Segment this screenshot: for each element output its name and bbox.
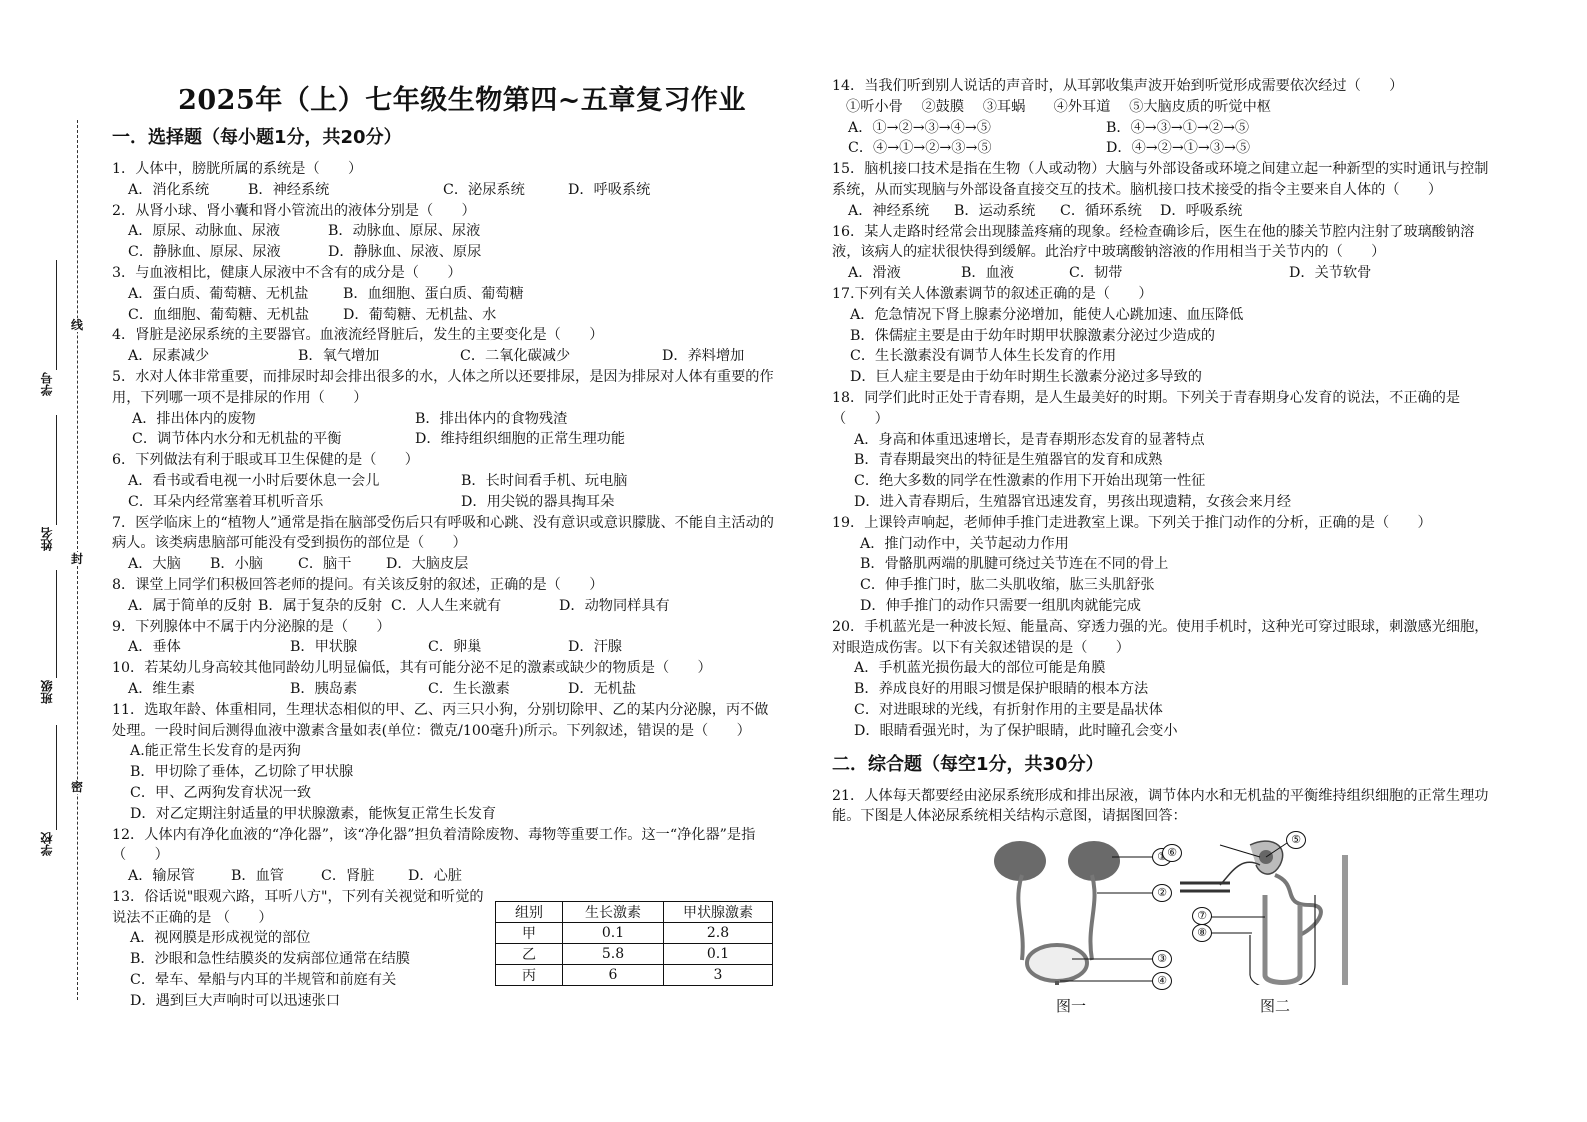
option[interactable]: B．神经系统	[248, 180, 443, 201]
table-header-row: 组别 生长激素 甲状腺激素	[496, 901, 773, 922]
option[interactable]: A．尿素减少	[128, 346, 298, 367]
option[interactable]: C．泌尿系统	[443, 180, 568, 201]
option[interactable]: D．养料增加	[662, 346, 744, 367]
option[interactable]: B．侏儒症主要是由于幼年时期甲状腺激素分泌过少造成的	[832, 326, 1500, 347]
question-9: 9．下列腺体中不属于内分泌腺的是（ ）	[112, 617, 782, 638]
option[interactable]: C．韧带	[1069, 263, 1289, 284]
option[interactable]: D．汗腺	[568, 637, 622, 658]
option[interactable]: D．眼睛看强光时，为了保护眼睛，此时瞳孔会变小	[832, 721, 1500, 742]
option[interactable]: A．滑液	[848, 263, 961, 284]
option[interactable]: A．①→②→③→④→⑤	[848, 118, 1106, 139]
question-14-options-row2: C．④→①→②→③→⑤ D．④→②→①→③→⑤	[832, 138, 1500, 159]
option[interactable]: C．生长激素没有调节人体生长发育的作用	[832, 346, 1500, 367]
class-label: 班级	[38, 680, 55, 704]
cut-mark-mi: 密	[70, 780, 84, 794]
table-header: 甲状腺激素	[664, 901, 773, 922]
question-3: 3．与血液相比，健康人尿液中不含有的成分是（ ）	[112, 263, 782, 284]
section2-heading: 二．综合题（每空1分，共30分）	[832, 750, 1500, 776]
option[interactable]: D．遇到巨大声响时可以迅速张口	[112, 991, 782, 1012]
table-cell: 丙	[496, 964, 563, 985]
page-title: 2025年（上）七年级生物第四~五章复习作业	[112, 78, 782, 117]
question-13: 13．俗话说"眼观六路，耳听八方"，下列有关视觉和听觉的说法不正确的是 （ ）	[112, 887, 487, 929]
urinary-system-diagram	[982, 835, 1162, 985]
option[interactable]: B．运动系统	[954, 201, 1060, 222]
right-column: 14．当我们听到别人说话的声音时，从耳郭收集声波开始到听觉形成需要依次经过（ ）…	[832, 76, 1500, 1025]
question-19: 19．上课铃声响起，老师伸手推门走进教室上课。下列关于推门动作的分析，正确的是（…	[832, 513, 1500, 534]
option[interactable]: A．维生素	[128, 679, 290, 700]
question-8: 8．课堂上同学们积极回答老师的提问。有关该反射的叙述，正确的是（ ）	[112, 575, 782, 596]
question-7-options: A．大脑 B．小脑 C．脑干 D．大脑皮层	[112, 554, 782, 575]
option[interactable]: D．静脉血、尿液、原尿	[328, 242, 481, 263]
cut-mark-xian: 线	[70, 318, 84, 332]
option[interactable]: D．巨人症主要是由于幼年时期生长激素分泌过多导致的	[832, 367, 1500, 388]
figure2-caption: 图二	[1260, 995, 1290, 1016]
question-2-options-row2: C．静脉血、原尿、尿液 D．静脉血、尿液、原尿	[112, 242, 782, 263]
option[interactable]: D．④→②→①→③→⑤	[1106, 138, 1250, 159]
option[interactable]: B．甲状腺	[290, 637, 428, 658]
label-4: ④	[1152, 972, 1172, 990]
option[interactable]: A．危急情况下肾上腺素分泌增加，能使人心跳加速、血压降低	[832, 305, 1500, 326]
option[interactable]: C．循环系统	[1060, 201, 1160, 222]
section1-heading: 一．选择题（每小题1分，共20分）	[112, 123, 782, 149]
option[interactable]: A．属于简单的反射	[128, 596, 258, 617]
binding-margin: 线 封 密 学号 姓名 班级 学校	[0, 0, 110, 1122]
option[interactable]: A.能正常生长发育的是丙狗	[112, 741, 782, 762]
label-3: ③	[1152, 950, 1172, 968]
option[interactable]: D．大脑皮层	[386, 554, 468, 575]
question-4-options: A．尿素减少 B．氧气增加 C．二氧化碳减少 D．养料增加	[112, 346, 782, 367]
option[interactable]: A．推门动作中，关节起动力作用	[832, 534, 1500, 555]
question-12-options: A．输尿管 B．血管 C．肾脏 D．心脏	[112, 866, 782, 887]
question-1: 1．人体中，膀胱所属的系统是（ ）	[112, 159, 782, 180]
option[interactable]: A．神经系统	[848, 201, 954, 222]
option[interactable]: A．排出体内的废物	[132, 409, 415, 430]
question-7: 7．医学临床上的“植物人”通常是指在脑部受伤后只有呼吸和心跳、没有意识或意识朦胧…	[112, 513, 782, 555]
option[interactable]: D．呼吸系统	[1160, 201, 1242, 222]
option[interactable]: D．用尖锐的器具掏耳朵	[461, 492, 614, 513]
question-5: 5．水对人体非常重要，而排尿时却会排出很多的水，人体之所以还要排尿，是因为排尿对…	[112, 367, 782, 409]
label-6: ⑥	[1162, 844, 1182, 862]
school-line[interactable]	[56, 725, 57, 830]
school-label: 学校	[38, 832, 55, 856]
option[interactable]: B．属于复杂的反射	[258, 596, 391, 617]
option[interactable]: A．消化系统	[128, 180, 248, 201]
option[interactable]: C．脑干	[298, 554, 386, 575]
option[interactable]: C．人人生来就有	[391, 596, 559, 617]
table-header: 组别	[496, 901, 563, 922]
left-column: 2025年（上）七年级生物第四~五章复习作业 一．选择题（每小题1分，共20分）…	[112, 78, 782, 1012]
label-5: ⑤	[1286, 831, 1306, 849]
hormone-table: 组别 生长激素 甲状腺激素 甲 0.1 2.8 乙 5.8 0.1 丙 6	[495, 901, 773, 986]
question-18: 18．同学们此时正处于青春期，是人生最美好的时期。下列关于青春期身心发育的说法，…	[832, 388, 1500, 430]
name-line[interactable]	[56, 415, 57, 525]
name-label: 姓名	[38, 527, 55, 551]
option[interactable]: B．长时间看手机、玩电脑	[461, 471, 628, 492]
option[interactable]: B．血管	[231, 866, 321, 887]
option[interactable]: A．手机蓝光损伤最大的部位可能是角膜	[832, 658, 1500, 679]
option[interactable]: A．蛋白质、葡萄糖、无机盐	[128, 284, 343, 305]
question-17: 17.下列有关人体激素调节的叙述正确的是（ ）	[832, 284, 1500, 305]
table-cell: 6	[563, 964, 664, 985]
option[interactable]: B．小脑	[210, 554, 298, 575]
option[interactable]: B．血液	[961, 263, 1069, 284]
table-cell: 甲	[496, 922, 563, 943]
option[interactable]: D．心脏	[408, 866, 462, 887]
table-cell: 0.1	[664, 943, 773, 964]
urinary-figures: ① ② ③ ④ 图一 ⑤ ⑥ ⑦	[832, 835, 1500, 1025]
question-8-options: A．属于简单的反射 B．属于复杂的反射 C．人人生来就有 D．动物同样具有	[112, 596, 782, 617]
question-13-block: 13．俗话说"眼观六路，耳听八方"，下列有关视觉和听觉的说法不正确的是 （ ） …	[112, 887, 782, 1012]
student-id-label: 学号	[38, 372, 55, 396]
question-10: 10．若某幼儿身高较其他同龄幼儿明显偏低，其有可能分泌不足的激素或缺少的物质是（…	[112, 658, 782, 679]
table-cell: 2.8	[664, 922, 773, 943]
option[interactable]: C．对进眼球的光线，有折射作用的主要是晶状体	[832, 700, 1500, 721]
option[interactable]: C．血细胞、葡萄糖、无机盐	[128, 305, 343, 326]
option[interactable]: C．生长激素	[428, 679, 568, 700]
question-16-options: A．滑液 B．血液 C．韧带 D．关节软骨	[832, 263, 1500, 284]
option[interactable]: D．呼吸系统	[568, 180, 650, 201]
question-5-options-row1: A．排出体内的废物 B．排出体内的食物残渣	[112, 409, 782, 430]
option[interactable]: B．血细胞、蛋白质、葡萄糖	[343, 284, 524, 305]
option[interactable]: B．胰岛素	[290, 679, 428, 700]
question-5-options-row2: C．调节体内水分和无机盐的平衡 D．维持组织细胞的正常生理功能	[112, 429, 782, 450]
table-row: 丙 6 3	[496, 964, 773, 985]
question-6: 6．下列做法有利于眼或耳卫生保健的是（ ）	[112, 450, 782, 471]
question-14-items: ①听小骨 ②鼓膜 ③耳蜗 ④外耳道 ⑤大脑皮质的听觉中枢	[832, 97, 1500, 118]
table-row: 甲 0.1 2.8	[496, 922, 773, 943]
label-2: ②	[1152, 884, 1172, 902]
option[interactable]: C．静脉血、原尿、尿液	[128, 242, 328, 263]
question-2: 2．从肾小球、肾小囊和肾小管流出的液体分别是（ ）	[112, 201, 782, 222]
question-9-options: A．垂体 B．甲状腺 C．卵巢 D．汗腺	[112, 637, 782, 658]
question-3-options-row2: C．血细胞、葡萄糖、无机盐 D．葡萄糖、无机盐、水	[112, 305, 782, 326]
question-12: 12．人体内有净化血液的“净化器”，该“净化器”担负着清除废物、毒物等重要工作。…	[112, 825, 782, 867]
table-cell: 0.1	[563, 922, 664, 943]
option[interactable]: B．甲切除了垂体，乙切除了甲状腺	[112, 762, 782, 783]
question-3-options-row1: A．蛋白质、葡萄糖、无机盐 B．血细胞、蛋白质、葡萄糖	[112, 284, 782, 305]
option[interactable]: D．动物同样具有	[559, 596, 670, 617]
option[interactable]: C．卵巢	[428, 637, 568, 658]
table-cell: 5.8	[563, 943, 664, 964]
question-1-options: A．消化系统 B．神经系统 C．泌尿系统 D．呼吸系统	[112, 180, 782, 201]
question-14-options-row1: A．①→②→③→④→⑤ B．④→③→①→②→⑤	[832, 118, 1500, 139]
label-7: ⑦	[1192, 907, 1212, 925]
option[interactable]: B．氧气增加	[298, 346, 460, 367]
question-11: 11．选取年龄、体重相同，生理状态相似的甲、乙、丙三只小狗，分别切除甲、乙的某内…	[112, 700, 782, 742]
cut-mark-feng: 封	[70, 552, 84, 566]
option[interactable]: C．甲、乙两狗发育状况一致	[112, 783, 782, 804]
option[interactable]: A．原尿、动脉血、尿液	[128, 221, 328, 242]
option[interactable]: D．伸手推门的动作只需要一组肌肉就能完成	[832, 596, 1500, 617]
option[interactable]: C．二氧化碳减少	[460, 346, 662, 367]
table-row: 乙 5.8 0.1	[496, 943, 773, 964]
figure1-caption: 图一	[1056, 995, 1086, 1016]
option[interactable]: C．调节体内水分和无机盐的平衡	[132, 429, 415, 450]
question-15: 15．脑机接口技术是指在生物（人或动物）大脑与外部设备或环境之间建立起一种新型的…	[832, 159, 1500, 201]
option[interactable]: B．排出体内的食物残渣	[415, 409, 567, 430]
question-4: 4．肾脏是泌尿系统的主要器官。血液流经肾脏后，发生的主要变化是（ ）	[112, 325, 782, 346]
option[interactable]: C．伸手推门时，肱二头肌收缩，肱三头肌舒张	[832, 575, 1500, 596]
class-line[interactable]	[56, 570, 57, 678]
option[interactable]: A．看书或看电视一小时后要休息一会儿	[128, 471, 461, 492]
option[interactable]: D．关节软骨	[1289, 263, 1371, 284]
question-14: 14．当我们听到别人说话的声音时，从耳郭收集声波开始到听觉形成需要依次经过（ ）	[832, 76, 1500, 97]
option[interactable]: A．身高和体重迅速增长，是青春期形态发育的显著特点	[832, 430, 1500, 451]
question-6-options-row2: C．耳朵内经常塞着耳机听音乐 D．用尖锐的器具掏耳朵	[112, 492, 782, 513]
option[interactable]: C．④→①→②→③→⑤	[848, 138, 1106, 159]
table-cell: 3	[664, 964, 773, 985]
option[interactable]: B．养成良好的用眼习惯是保护眼睛的根本方法	[832, 679, 1500, 700]
option[interactable]: D．进入青春期后，生殖器官迅速发育，男孩出现遗精，女孩会来月经	[832, 492, 1500, 513]
question-10-options: A．维生素 B．胰岛素 C．生长激素 D．无机盐	[112, 679, 782, 700]
table-header: 生长激素	[563, 901, 664, 922]
option[interactable]: A．输尿管	[128, 866, 231, 887]
table-cell: 乙	[496, 943, 563, 964]
option[interactable]: C．绝大多数的同学在性激素的作用下开始出现第一性征	[832, 471, 1500, 492]
question-15-options: A．神经系统 B．运动系统 C．循环系统 D．呼吸系统	[832, 201, 1500, 222]
option[interactable]: D．葡萄糖、无机盐、水	[343, 305, 496, 326]
option[interactable]: B．④→③→①→②→⑤	[1106, 118, 1249, 139]
question-6-options-row1: A．看书或看电视一小时后要休息一会儿 B．长时间看手机、玩电脑	[112, 471, 782, 492]
question-20: 20．手机蓝光是一种波长短、能量高、穿透力强的光。使用手机时，这种光可穿过眼球，…	[832, 617, 1500, 659]
option[interactable]: D．对乙定期注射适量的甲状腺激素，能恢复正常生长发育	[112, 804, 782, 825]
question-21: 21．人体每天都要经由泌尿系统形成和排出尿液，调节体内水和无机盐的平衡维持组织细…	[832, 786, 1500, 828]
option[interactable]: B．青春期最突出的特征是生殖器官的发育和成熟	[832, 450, 1500, 471]
option[interactable]: A．大脑	[128, 554, 210, 575]
student-id-line[interactable]	[56, 260, 57, 370]
option[interactable]: D．维持组织细胞的正常生理功能	[415, 429, 625, 450]
exam-page: 线 封 密 学号 姓名 班级 学校 2025年（上）七年级生物第四~五章复习作业…	[0, 0, 1587, 1122]
label-8: ⑧	[1192, 924, 1212, 942]
question-16: 16．某人走路时经常会出现膝盖疼痛的现象。经检查确诊后，医生在他的膝关节腔内注射…	[832, 222, 1500, 264]
option[interactable]: C．耳朵内经常塞着耳机听音乐	[128, 492, 461, 513]
option[interactable]: C．肾脏	[321, 866, 408, 887]
option[interactable]: B．动脉血、原尿、尿液	[328, 221, 480, 242]
option[interactable]: D．无机盐	[568, 679, 636, 700]
question-2-options-row1: A．原尿、动脉血、尿液 B．动脉血、原尿、尿液	[112, 221, 782, 242]
option[interactable]: B．骨骼肌两端的肌腱可绕过关节连在不同的骨上	[832, 554, 1500, 575]
option[interactable]: A．垂体	[128, 637, 290, 658]
